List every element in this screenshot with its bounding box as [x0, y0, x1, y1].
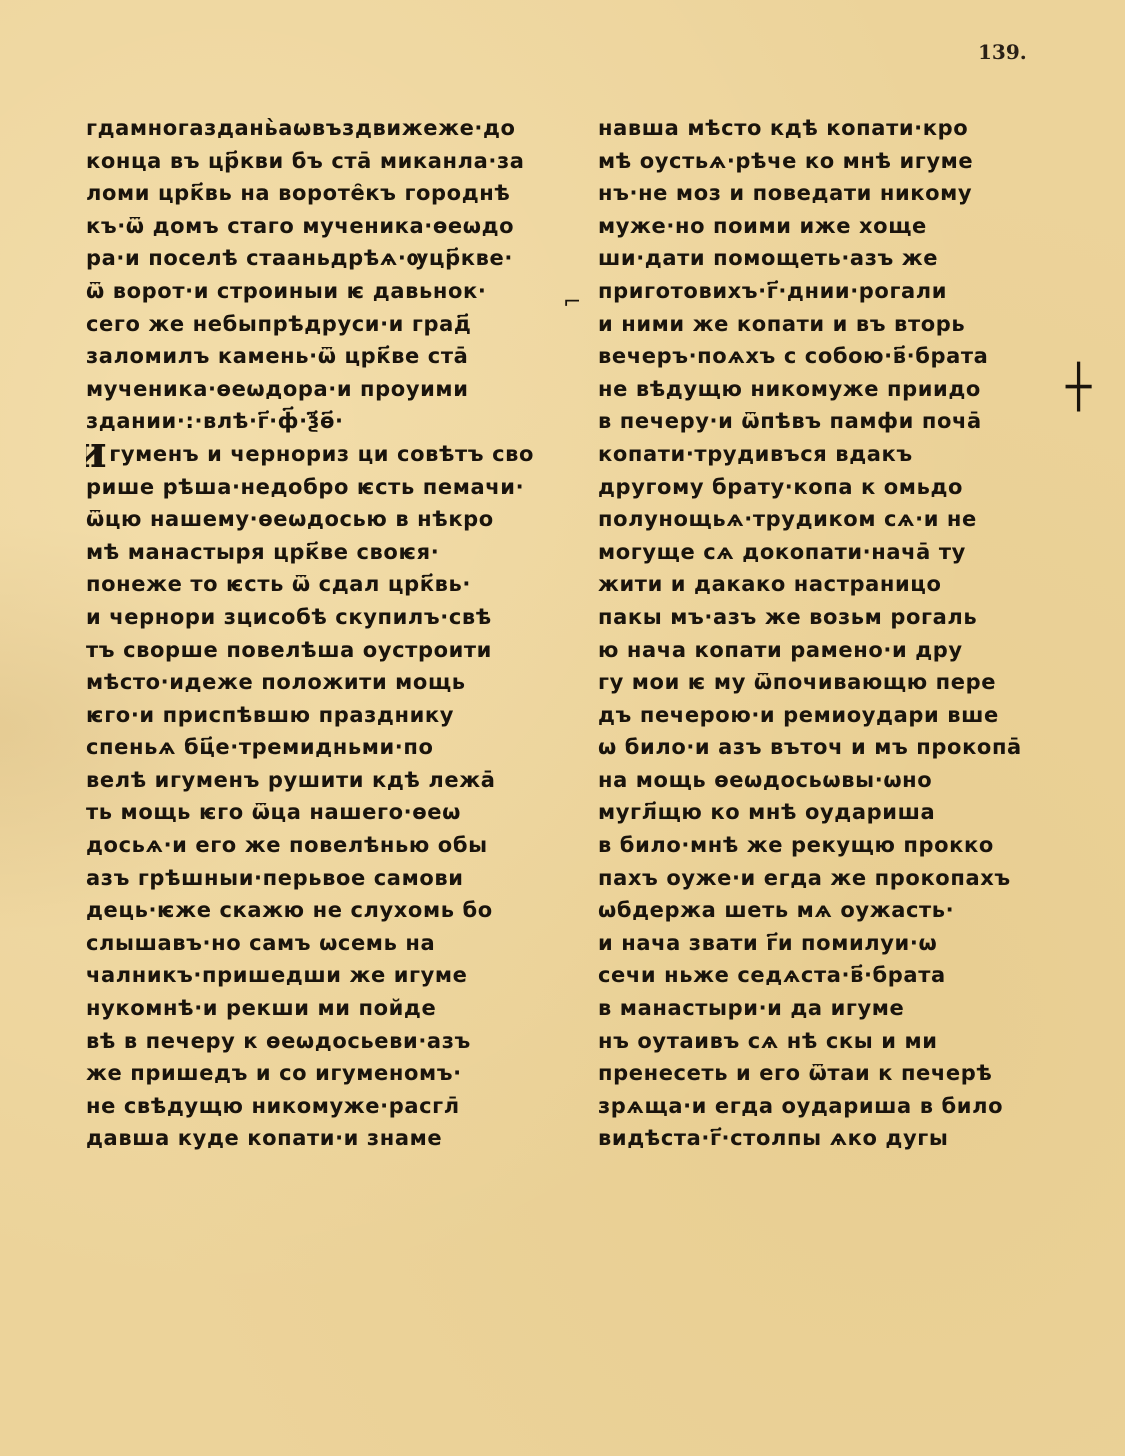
text-line: видѣста·г҃·столпы ѧко дугы [598, 1122, 1078, 1155]
text-line: мученика·ѳеѡдора·и проуими [86, 373, 566, 406]
text-line: пренесеть и его ѿтаи к печерѣ [598, 1057, 1078, 1090]
text-line: муже·но поими иже хоще [598, 210, 1078, 243]
text-line: не вѣдущю никомуже приидо [598, 373, 1078, 406]
text-line: чалникъ·пришедши же игуме [86, 959, 566, 992]
text-line: нукомнѣ·и рекши ми пойде [86, 992, 566, 1025]
right-text-column: навша мѣсто кдѣ копати·кро мѣ оустьѧ·рѣч… [598, 112, 1078, 1155]
text-line: вечеръ·поѧхъ с собою·в҃·брата [598, 340, 1078, 373]
text-line: жити и дакако настраницо [598, 568, 1078, 601]
text-line: мѣсто·идеже положити мощь [86, 666, 566, 699]
text-line: и нача звати г҃и помилуи·ѡ [598, 927, 1078, 960]
left-text-column: гдамногаздань̀аѡвъздвижеже·до конца въ ц… [86, 112, 566, 1155]
text-line: досьѧ·и его же повелѣнью обы [86, 829, 566, 862]
text-line: ра·и поселѣ стааньдрѣѧ·ѹцр҃кве· [86, 242, 566, 275]
text-line: навша мѣсто кдѣ копати·кро [598, 112, 1078, 145]
text-line: на мощь ѳеѡдосьѡвы·ѡно [598, 764, 1078, 797]
text-line: ть мощь ѥго ѿца нашего·ѳеѡ [86, 796, 566, 829]
text-line: вѣ в печеру к ѳеѡдосьеви·азъ [86, 1025, 566, 1058]
text-line: слышавъ·но самъ ѡсемь на [86, 927, 566, 960]
text-line: сечи ньже седѧста·в҃·брата [598, 959, 1078, 992]
text-line: в печеру·и ѿпѣвъ памфи поча̄ [598, 405, 1078, 438]
text-line: нъ·не моз и поведати никому [598, 177, 1078, 210]
text-line: ломи црк҃вь на вороте̑къ городнѣ [86, 177, 566, 210]
text-line: велѣ игуменъ рушити кдѣ лежа̄ [86, 764, 566, 797]
text-line: в било·мнѣ же рекущю прокко [598, 829, 1078, 862]
text-line: гу мои ѥ му ѿпочивающю пере [598, 666, 1078, 699]
text-line: мугл҃щю ко мнѣ оудариша [598, 796, 1078, 829]
text-line: и ними же копати и въ вторь [598, 308, 1078, 341]
text-line: къ·ѿ домъ стаго мученика·ѳеѡдо [86, 210, 566, 243]
text-line: азъ грѣшныи·перьвое самови [86, 862, 566, 895]
text-line: копати·трудивъся вдакъ [598, 438, 1078, 471]
page-number: 139. [978, 40, 1027, 64]
text-line: сего же небыпрѣдруси·и град҃ [86, 308, 566, 341]
text-line: пакы мъ·азъ же возьм рогаль [598, 601, 1078, 634]
text-line-with-initial: Игуменъ и чернориз ци совѣтъ сво [86, 438, 566, 471]
text-line: нъ оутаивъ сѧ нѣ скы и ми [598, 1025, 1078, 1058]
text-line: мѣ манастыря црк҃ве своѥя· [86, 536, 566, 569]
text-line: ши·дати помощеть·азъ же [598, 242, 1078, 275]
text-line: другому брату·копа к омьдо [598, 471, 1078, 504]
text-line: тъ сворше повелѣша оустроити [86, 634, 566, 667]
text-line: же пришедъ и со игуменомъ· [86, 1057, 566, 1090]
text-line-content: гуменъ и чернориз ци совѣтъ сво [109, 442, 534, 466]
text-line: ѥго·и приспѣвшю празднику [86, 699, 566, 732]
text-line: конца въ цр҃кви бъ ста̄ миканла·за [86, 145, 566, 178]
text-line: здании·:·влѣ·г҃·ф҃·ѯ҃ѳ҃· [86, 405, 566, 438]
text-line: ѡ било·и азъ въточ и мъ прокопа̄ [598, 731, 1078, 764]
text-line: заломилъ камень·ѿ црк҃ве ста̄ [86, 340, 566, 373]
text-line: дъ печерою·и ремиоудари вше [598, 699, 1078, 732]
text-line: и чернори зцисобѣ скупилъ·свѣ [86, 601, 566, 634]
text-line: дець·ѥже скажю не слухомь бо [86, 894, 566, 927]
text-line: не свѣдущю никомуже·расгл̄ [86, 1090, 566, 1123]
text-line: рише рѣша·недобро ѥсть пемачи· [86, 471, 566, 504]
text-line: гдамногаздань̀аѡвъздвижеже·до [86, 112, 566, 145]
text-line: ѿ ворот·и строиныи ѥ давьнок· [86, 275, 566, 308]
text-line: пахъ оуже·и егда же прокопахъ [598, 862, 1078, 895]
text-line: давша куде копати·и знаме [86, 1122, 566, 1155]
text-line: спеньѧ бц҃е·тремидньми·по [86, 731, 566, 764]
text-line: мѣ оустьѧ·рѣче ко мнѣ игуме [598, 145, 1078, 178]
text-line: ю нача копати рамено·и дру [598, 634, 1078, 667]
text-line: приготовихъ·г҃·днии·рогали [598, 275, 1078, 308]
text-line: ѿцю нашему·ѳеѡдосью в нѣкро [86, 503, 566, 536]
text-line: в манастыри·и да игуме [598, 992, 1078, 1025]
text-line: полунощьѧ·трудиком сѧ·и не [598, 503, 1078, 536]
drop-initial: И [86, 438, 107, 468]
text-line: понеже то ѥсть ѿ сдал црк҃вь· [86, 568, 566, 601]
text-line: ѡбдержа шеть мѧ оужасть· [598, 894, 1078, 927]
text-line: зрѧща·и егда оудариша в било [598, 1090, 1078, 1123]
text-line: могуще сѧ докопати·нача̄ ту [598, 536, 1078, 569]
